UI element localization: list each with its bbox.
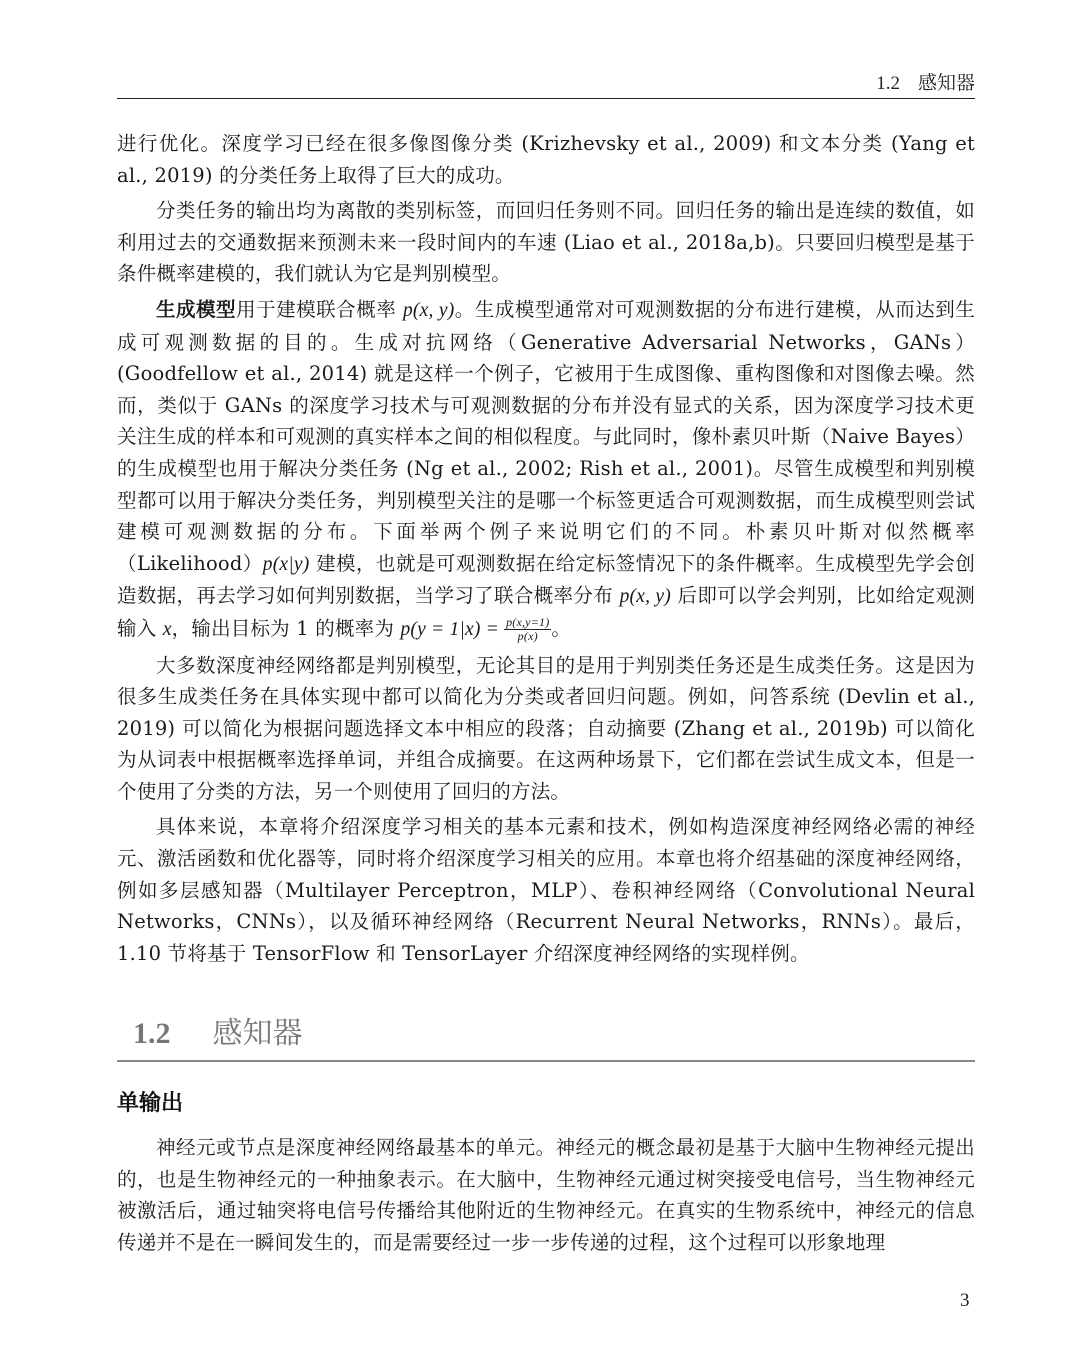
paragraph-classification-success: 进行优化。深度学习已经在很多像图像分类 (Krizhevsky et al., …: [117, 128, 975, 191]
fraction-denominator: p(x): [504, 630, 551, 643]
math-joint-probability: p(x, y): [403, 300, 455, 321]
math-fraction: p(x,y=1)p(x): [504, 616, 551, 643]
page-number: 3: [960, 1290, 970, 1312]
math-likelihood: p(x|y): [263, 554, 310, 575]
main-text-block: 进行优化。深度学习已经在很多像图像分类 (Krizhevsky et al., …: [117, 128, 975, 969]
text-span: 。: [551, 617, 571, 640]
text-span: 。生成模型通常对可观测数据的分布进行建模，从而达到生成可观测数据的目的。生成对抗…: [117, 298, 975, 575]
paragraph-generative-models: 生成模型用于建模联合概率 p(x, y)。生成模型通常对可观测数据的分布进行建模…: [117, 294, 975, 646]
section-heading: 1.2感知器: [117, 1012, 975, 1062]
text-span: 用于建模联合概率: [236, 298, 403, 321]
paragraph-discriminative-dnn: 大多数深度神经网络都是判别模型，无论其目的是用于判别类任务还是生成类任务。这是因…: [117, 650, 975, 808]
section-number: 1.2: [133, 1017, 171, 1050]
subsection-heading: 单输出: [117, 1086, 183, 1117]
paragraph-chapter-overview: 具体来说，本章将介绍深度学习相关的基本元素和技术，例如构造深度神经网络必需的神经…: [117, 811, 975, 969]
running-header-section-number: 1.2: [876, 73, 900, 94]
section-text-block: 神经元或节点是深度神经网络最基本的单元。神经元的概念最初是基于大脑中生物神经元提…: [117, 1132, 975, 1258]
term-generative-model: 生成模型: [156, 298, 236, 321]
running-header-section-title: 感知器: [918, 72, 975, 94]
math-conditional: p(y = 1|x) =: [400, 619, 504, 640]
paragraph-neuron-intro: 神经元或节点是深度神经网络最基本的单元。神经元的概念最初是基于大脑中生物神经元提…: [117, 1132, 975, 1258]
math-joint-probability-2: p(x, y): [620, 586, 671, 607]
section-title: 感知器: [213, 1016, 303, 1051]
text-span: ，输出目标为 1 的概率为: [172, 617, 401, 640]
paragraph-regression: 分类任务的输出均为离散的类别标签，而回归任务则不同。回归任务的输出是连续的数值，…: [117, 195, 975, 290]
fraction-numerator: p(x,y=1): [504, 616, 551, 630]
math-x: x: [163, 619, 172, 640]
running-header: 1.2感知器: [117, 70, 975, 99]
